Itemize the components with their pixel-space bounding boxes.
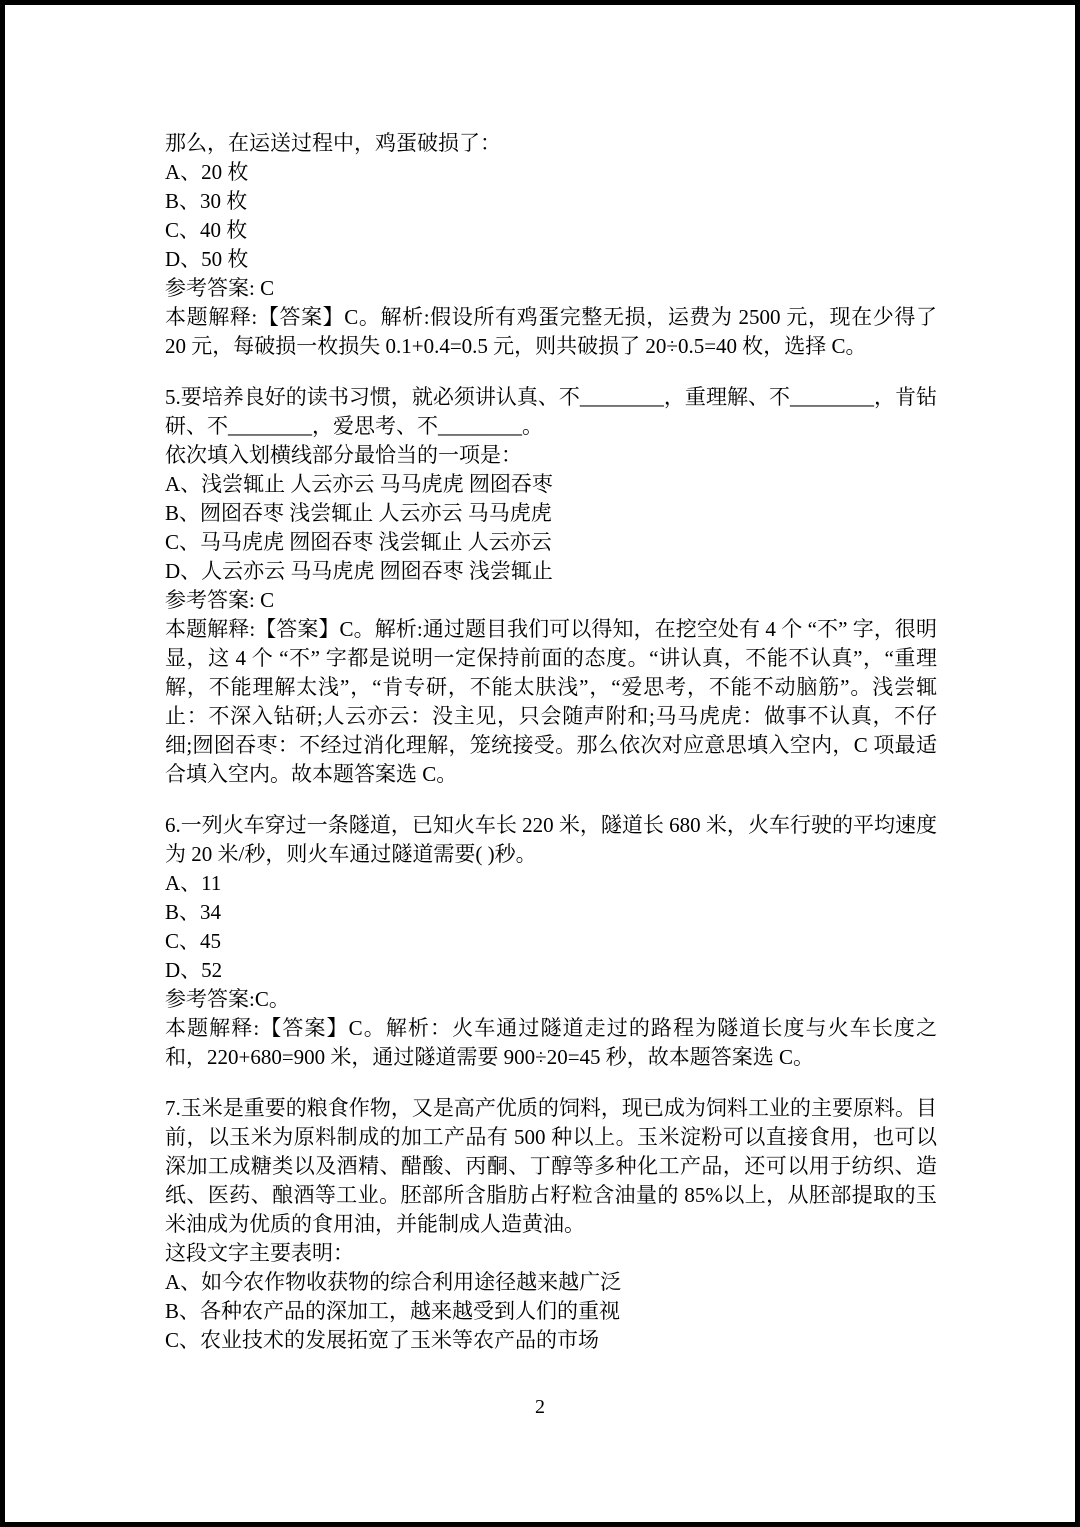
option-c: C、农业技术的发展拓宽了玉米等农产品的市场	[165, 1326, 937, 1355]
option-c: C、45	[165, 927, 937, 956]
explanation: 本题解释:【答案】C。解析:假设所有鸡蛋完整无损，运费为 2500 元，现在少得…	[165, 303, 937, 361]
option-c: C、40 枚	[165, 216, 937, 245]
answer-line: 参考答案: C	[165, 586, 937, 615]
page-content: 那么，在运送过程中，鸡蛋破损了： A、20 枚 B、30 枚 C、40 枚 D、…	[165, 129, 937, 1377]
option-a: A、浅尝辄止 人云亦云 马马虎虎 囫囵吞枣	[165, 470, 937, 499]
question-block-6: 6.一列火车穿过一条隧道，已知火车长 220 米，隧道长 680 米，火车行驶的…	[165, 811, 937, 1072]
answer-line: 参考答案:C。	[165, 985, 937, 1014]
option-b: B、34	[165, 898, 937, 927]
question-prompt: 依次填入划横线部分最恰当的一项是：	[165, 441, 937, 470]
question-prompt: 这段文字主要表明：	[165, 1239, 937, 1268]
answer-line: 参考答案: C	[165, 274, 937, 303]
option-a: A、11	[165, 869, 937, 898]
option-d: D、人云亦云 马马虎虎 囫囵吞枣 浅尝辄止	[165, 557, 937, 586]
question-stem: 那么，在运送过程中，鸡蛋破损了：	[165, 129, 937, 158]
option-d: D、50 枚	[165, 245, 937, 274]
option-b: B、囫囵吞枣 浅尝辄止 人云亦云 马马虎虎	[165, 499, 937, 528]
option-a: A、20 枚	[165, 158, 937, 187]
option-b: B、30 枚	[165, 187, 937, 216]
question-block-4-continued: 那么，在运送过程中，鸡蛋破损了： A、20 枚 B、30 枚 C、40 枚 D、…	[165, 129, 937, 361]
question-stem: 5.要培养良好的读书习惯，就必须讲认真、不________，重理解、不_____…	[165, 383, 937, 441]
document-page: 那么，在运送过程中，鸡蛋破损了： A、20 枚 B、30 枚 C、40 枚 D、…	[0, 0, 1080, 1527]
question-stem: 7.玉米是重要的粮食作物，又是高产优质的饲料，现已成为饲料工业的主要原料。目前，…	[165, 1094, 937, 1239]
page-number: 2	[5, 1393, 1075, 1421]
explanation: 本题解释:【答案】C。解析:通过题目我们可以得知，在挖空处有 4 个 “不” 字…	[165, 615, 937, 789]
question-stem: 6.一列火车穿过一条隧道，已知火车长 220 米，隧道长 680 米，火车行驶的…	[165, 811, 937, 869]
option-b: B、各种农产品的深加工，越来越受到人们的重视	[165, 1297, 937, 1326]
option-c: C、马马虎虎 囫囵吞枣 浅尝辄止 人云亦云	[165, 528, 937, 557]
option-d: D、52	[165, 956, 937, 985]
option-a: A、如今农作物收获物的综合利用途径越来越广泛	[165, 1268, 937, 1297]
explanation: 本题解释:【答案】C。解析：火车通过隧道走过的路程为隧道长度与火车长度之和，22…	[165, 1014, 937, 1072]
question-block-7: 7.玉米是重要的粮食作物，又是高产优质的饲料，现已成为饲料工业的主要原料。目前，…	[165, 1094, 937, 1355]
question-block-5: 5.要培养良好的读书习惯，就必须讲认真、不________，重理解、不_____…	[165, 383, 937, 789]
